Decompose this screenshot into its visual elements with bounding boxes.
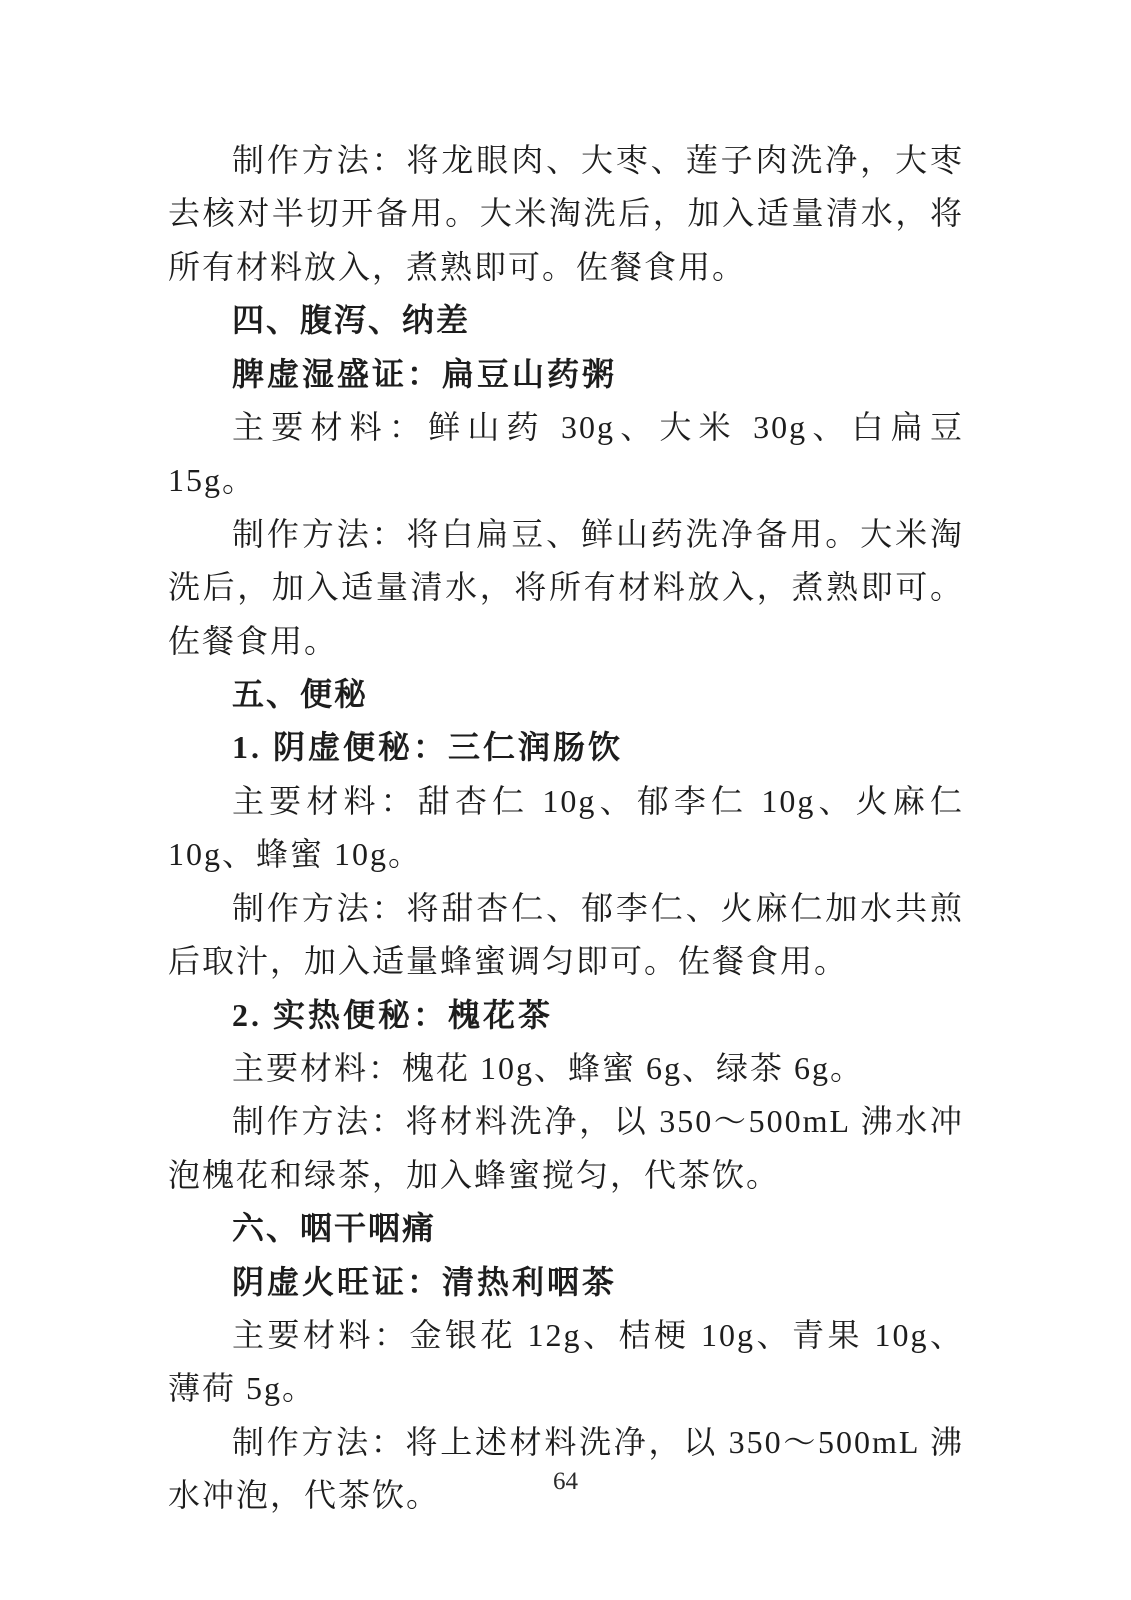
para-ingredients-huaihua-tea: 主要材料：槐花 10g、蜂蜜 6g、绿茶 6g。 [168, 1042, 964, 1095]
heading-section-4-diarrhea: 四、腹泻、纳差 [168, 294, 964, 347]
heading-section-6-sore-throat: 六、咽干咽痛 [168, 1202, 964, 1255]
para-ingredients-qingre-tea: 主要材料：金银花 12g、桔梗 10g、青果 10g、薄荷 5g。 [168, 1309, 964, 1416]
para-method-longan-congee: 制作方法：将龙眼肉、大枣、莲子肉洗净，大枣去核对半切开备用。大米淘洗后，加入适量… [168, 134, 964, 294]
document-body: 制作方法：将龙眼肉、大枣、莲子肉洗净，大枣去核对半切开备用。大米淘洗后，加入适量… [168, 134, 964, 1523]
subhead-yin-deficiency-fire: 阴虚火旺证：清热利咽茶 [168, 1256, 964, 1309]
document-page: 制作方法：将龙眼肉、大枣、莲子肉洗净，大枣去核对半切开备用。大米淘洗后，加入适量… [0, 0, 1131, 1600]
page-number: 64 [0, 1468, 1131, 1496]
para-method-lentil-yam: 制作方法：将白扁豆、鲜山药洗净备用。大米淘洗后，加入适量清水，将所有材料放入，煮… [168, 508, 964, 668]
para-ingredients-sanren-drink: 主要材料：甜杏仁 10g、郁李仁 10g、火麻仁 10g、蜂蜜 10g。 [168, 775, 964, 882]
para-method-sanren-drink: 制作方法：将甜杏仁、郁李仁、火麻仁加水共煎后取汁，加入适量蜂蜜调匀即可。佐餐食用… [168, 882, 964, 989]
para-ingredients-lentil-yam: 主要材料：鲜山药 30g、大米 30g、白扁豆 15g。 [168, 401, 964, 508]
subhead-yin-deficiency-constipation: 1. 阴虚便秘：三仁润肠饮 [168, 721, 964, 774]
subhead-spleen-deficiency-damp: 脾虚湿盛证：扁豆山药粥 [168, 348, 964, 401]
heading-section-5-constipation: 五、便秘 [168, 668, 964, 721]
para-method-huaihua-tea: 制作方法：将材料洗净，以 350～500mL 沸水冲泡槐花和绿茶，加入蜂蜜搅匀，… [168, 1095, 964, 1202]
subhead-heat-constipation: 2. 实热便秘：槐花茶 [168, 989, 964, 1042]
